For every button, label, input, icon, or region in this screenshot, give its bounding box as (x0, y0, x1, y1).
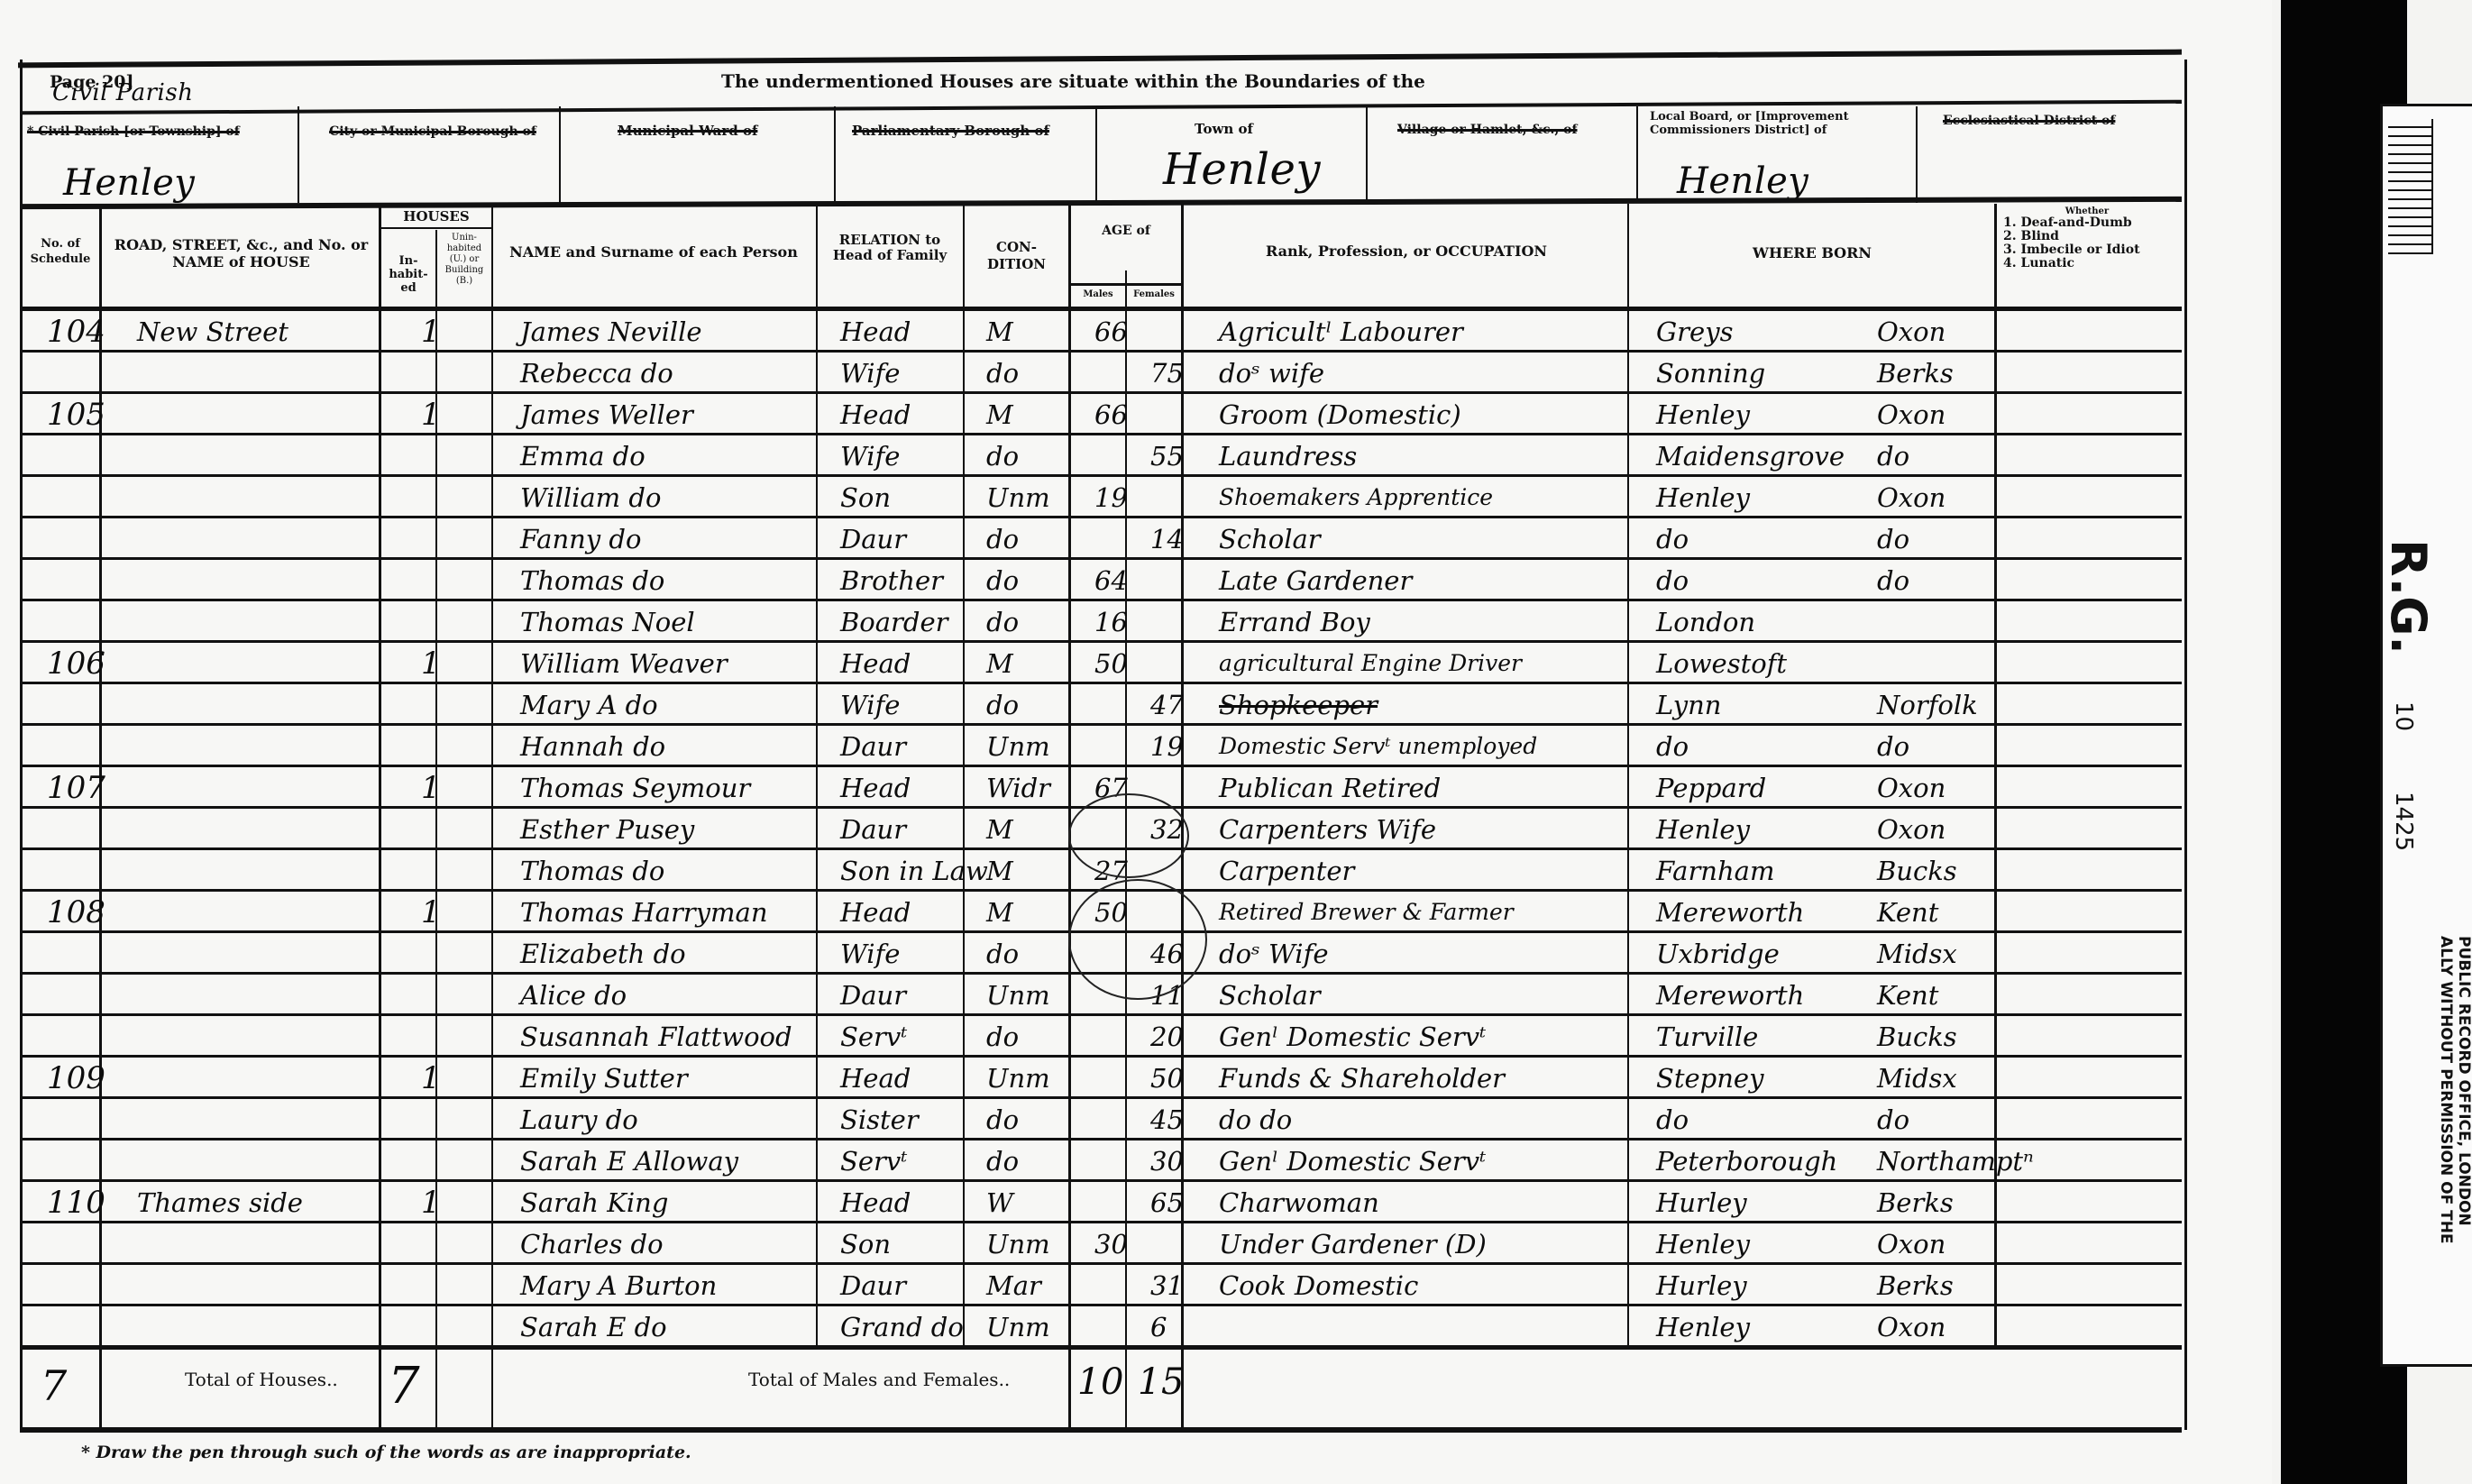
occupation: doˢ Wife (1219, 937, 1643, 971)
person-name: Elizabeth do (520, 937, 831, 971)
birth-county: do (1877, 522, 2012, 556)
occupation: Groom (Domestic) (1219, 398, 1643, 432)
person-name: Charles do (520, 1227, 831, 1261)
inhabited-count (421, 1227, 453, 1261)
table-row: Charles doSonUnm30Under Gardener (D)Henl… (20, 1223, 2182, 1264)
birthplace: Peterborough (1656, 1144, 1863, 1178)
birthplace: Sonning (1656, 356, 1863, 390)
person-name: Sarah King (520, 1186, 831, 1220)
female-age: 45 (1150, 1103, 1200, 1137)
birth-county: Kent (1877, 895, 2012, 930)
schedule-number (47, 812, 119, 847)
male-age: 30 (1094, 1227, 1144, 1261)
female-age (1150, 315, 1200, 349)
road-street (137, 522, 394, 556)
birth-county: do (1877, 439, 2012, 473)
inhabited-count: 1 (421, 398, 453, 432)
road-street (137, 356, 394, 390)
male-age (1094, 522, 1144, 556)
marital-condition: do (986, 688, 1085, 722)
birthplace: Henley (1656, 812, 1863, 847)
birth-county: Berks (1877, 1186, 2012, 1220)
person-name: Mary A Burton (520, 1269, 831, 1303)
inhabited-count (421, 1103, 453, 1137)
person-name: James Weller (520, 398, 831, 432)
road-street (137, 605, 394, 639)
relation-to-head: Daur (840, 812, 980, 847)
male-age (1094, 1061, 1144, 1095)
female-age: 47 (1150, 688, 1200, 722)
houses-total: 7 (388, 1357, 420, 1415)
road-street (137, 439, 394, 473)
males-total: 10 (1077, 1361, 1124, 1403)
relation-to-head: Head (840, 1061, 980, 1095)
inhabited-count (421, 522, 453, 556)
inhabited-count (421, 854, 453, 888)
road-street (137, 854, 394, 888)
table-row: Sarah E doGrand doUnm6HenleyOxon (20, 1306, 2182, 1347)
infirmity-4: 4. Lunatic (2003, 257, 2140, 270)
inhabited-count: 1 (421, 646, 453, 681)
marital-condition: Unm (986, 729, 1085, 764)
schedule-number: 105 (47, 398, 119, 432)
marital-condition: do (986, 1103, 1085, 1137)
persons-total-label: Total of Males and Females.. (748, 1369, 1010, 1390)
male-age: 66 (1094, 315, 1144, 349)
marital-condition: Widr (986, 771, 1085, 805)
marital-condition: M (986, 646, 1085, 681)
relation-to-head: Brother (840, 563, 980, 598)
road-street (137, 937, 394, 971)
female-age (1150, 646, 1200, 681)
female-age: 75 (1150, 356, 1200, 390)
relation-to-head: Head (840, 771, 980, 805)
occupation: Scholar (1219, 522, 1643, 556)
infirmity-2: 2. Blind (2003, 230, 2140, 243)
female-age (1150, 563, 1200, 598)
scale-ruler (2388, 119, 2433, 254)
birthplace: Henley (1656, 1227, 1863, 1261)
birth-county: Berks (1877, 1269, 2012, 1303)
table-row: Susannah FlattwoodServᵗdo20Genˡ Domestic… (20, 1016, 2182, 1057)
road-street (137, 398, 394, 432)
person-name: Thomas do (520, 563, 831, 598)
marital-condition: Unm (986, 1227, 1085, 1261)
person-name: Thomas Seymour (520, 771, 831, 805)
road-street (137, 1061, 394, 1095)
totals-rule (20, 1345, 2182, 1350)
inhabited-count (421, 812, 453, 847)
person-name: Esther Pusey (520, 812, 831, 847)
road-street (137, 481, 394, 515)
road-street (137, 1227, 394, 1261)
schedule-number (47, 729, 119, 764)
birth-county: Oxon (1877, 315, 2012, 349)
houses-total-label: Total of Houses.. (185, 1369, 338, 1390)
table-row: 104New Street1James NevilleHeadM66Agricu… (20, 311, 2182, 352)
male-age: 16 (1094, 605, 1144, 639)
birth-county: Bucks (1877, 1020, 2012, 1054)
person-name: Emma do (520, 439, 831, 473)
occupation: Scholar (1219, 978, 1643, 1012)
relation-to-head: Head (840, 315, 980, 349)
table-row: 1061William WeaverHeadM50agricultural En… (20, 643, 2182, 683)
male-age: 66 (1094, 398, 1144, 432)
relation-to-head: Wife (840, 439, 980, 473)
female-age: 65 (1150, 1186, 1200, 1220)
village-label: Village or Hamlet, &c., of (1397, 123, 1578, 137)
marital-condition: do (986, 605, 1085, 639)
road-street (137, 688, 394, 722)
female-age: 19 (1150, 729, 1200, 764)
birthplace: London (1656, 605, 1863, 639)
col-road: ROAD, STREET, &c., and No. or NAME of HO… (108, 236, 374, 270)
occupation (1219, 1310, 1643, 1344)
schedule-number (47, 356, 119, 390)
marital-condition: Unm (986, 1061, 1085, 1095)
table-row: Thomas NoelBoarderdo16Errand BoyLondon (20, 601, 2182, 642)
schedule-number (47, 1020, 119, 1054)
civil-parish-value: Henley (63, 162, 195, 204)
person-name: Susannah Flattwood (520, 1020, 831, 1054)
parliamentary-borough-label: Parliamentary Borough of (852, 123, 1049, 139)
birth-county: Norfolk (1877, 688, 2012, 722)
road-street (137, 1020, 394, 1054)
inhabited-count (421, 1310, 453, 1344)
birthplace: Turville (1656, 1020, 1863, 1054)
schedule-number: 110 (47, 1186, 119, 1220)
birth-county: Oxon (1877, 771, 2012, 805)
schedule-number (47, 854, 119, 888)
col-schedule: No. of Schedule (22, 236, 99, 267)
footnote: * Draw the pen through such of the words… (81, 1443, 691, 1462)
occupation: Funds & Shareholder (1219, 1061, 1643, 1095)
col-relation: RELATION to Head of Family (822, 233, 957, 263)
relation-to-head: Wife (840, 937, 980, 971)
birthplace: Peppard (1656, 771, 1863, 805)
marital-condition: do (986, 439, 1085, 473)
male-age (1094, 1310, 1144, 1344)
inhabited-count (421, 1144, 453, 1178)
schedule-number (47, 563, 119, 598)
schedule-number (47, 1310, 119, 1344)
inhabited-count (421, 729, 453, 764)
table-row: 1091Emily SutterHeadUnm50Funds & Shareho… (20, 1058, 2182, 1098)
occupation: do do (1219, 1103, 1643, 1137)
col-females: Females (1127, 287, 1181, 302)
occupation: Laundress (1219, 439, 1643, 473)
male-age (1094, 1144, 1144, 1178)
birth-county: Kent (1877, 978, 2012, 1012)
females-total: 15 (1138, 1361, 1185, 1403)
relation-to-head: Head (840, 1186, 980, 1220)
occupation: Retired Brewer & Farmer (1219, 895, 1643, 930)
road-street (137, 812, 394, 847)
infirmity-3: 3. Imbecile or Idiot (2003, 243, 2140, 257)
schedule-number (47, 481, 119, 515)
schedule-total: 7 (41, 1361, 68, 1410)
marital-condition: M (986, 854, 1085, 888)
civil-parish-label: * Civil Parish [or Township] of (27, 124, 240, 139)
person-name: Mary A do (520, 688, 831, 722)
col-condition: CON-DITION (969, 239, 1064, 273)
relation-to-head: Daur (840, 1269, 980, 1303)
birthplace: do (1656, 1103, 1863, 1137)
marital-condition: do (986, 1020, 1085, 1054)
person-name: Sarah E Alloway (520, 1144, 831, 1178)
piece-series: 10 (2390, 701, 2417, 731)
birthplace: do (1656, 729, 1863, 764)
schedule-number (47, 688, 119, 722)
marital-condition: W (986, 1186, 1085, 1220)
relation-to-head: Daur (840, 729, 980, 764)
table-row: Thomas doBrotherdo64Late Gardenerdodo (20, 560, 2182, 600)
relation-to-head: Head (840, 398, 980, 432)
table-row: Emma doWifedo55LaundressMaidensgrovedo (20, 435, 2182, 476)
infirmity-1: 1. Deaf-and-Dumb (2003, 216, 2140, 230)
schedule-number (47, 937, 119, 971)
birthplace: Henley (1656, 398, 1863, 432)
female-age (1150, 398, 1200, 432)
inhabited-count (421, 978, 453, 1012)
road-street: Thames side (137, 1186, 394, 1220)
male-age (1094, 439, 1144, 473)
birth-county: Oxon (1877, 1227, 2012, 1261)
relation-to-head: Son (840, 1227, 980, 1261)
inhabited-count (421, 688, 453, 722)
schedule-number (47, 1144, 119, 1178)
occupation: Genˡ Domestic Servᵗ (1219, 1020, 1643, 1054)
marital-condition: Unm (986, 481, 1085, 515)
ecclesiastical-label: Ecclesiastical District of (1943, 114, 2115, 128)
male-age (1094, 688, 1144, 722)
schedule-number (47, 1103, 119, 1137)
relation-to-head: Head (840, 646, 980, 681)
inhabited-count (421, 481, 453, 515)
birthplace: Lynn (1656, 688, 1863, 722)
marital-condition: Mar (986, 1269, 1085, 1303)
road-street (137, 978, 394, 1012)
road-street (137, 895, 394, 930)
occupation: doˢ wife (1219, 356, 1643, 390)
person-name: Laury do (520, 1103, 831, 1137)
birthplace: Henley (1656, 1310, 1863, 1344)
local-board-label: Local Board, or [Improvement Commissione… (1650, 110, 1911, 137)
birth-county: do (1877, 563, 2012, 598)
col-inhabited: In-habit-ed (382, 254, 435, 295)
table-row: Rebecca doWifedo75doˢ wifeSonningBerks (20, 353, 2182, 393)
person-name: Thomas do (520, 854, 831, 888)
road-street (137, 729, 394, 764)
person-name: Sarah E do (520, 1310, 831, 1344)
table-row: Hannah doDaurUnm19Domestic Servᵗ unemplo… (20, 726, 2182, 766)
inhabited-count (421, 937, 453, 971)
relation-to-head: Servᵗ (840, 1020, 980, 1054)
notice-line-2: PUBLIC RECORD OFFICE, LONDON (2455, 936, 2472, 1226)
relation-to-head: Sister (840, 1103, 980, 1137)
road-street (137, 1269, 394, 1303)
birthplace: Mereworth (1656, 895, 1863, 930)
relation-to-head: Son in Law (840, 854, 980, 888)
occupation: Late Gardener (1219, 563, 1643, 598)
check-circle-mark-2 (1068, 879, 1207, 1000)
census-page: Page 20] The undermentioned Houses are s… (0, 0, 2272, 1484)
table-row: Mary A BurtonDaurMar31Cook DomesticHurle… (20, 1265, 2182, 1305)
female-age: 30 (1150, 1144, 1200, 1178)
schedule-number: 109 (47, 1061, 119, 1095)
person-name: Alice do (520, 978, 831, 1012)
male-age (1094, 729, 1144, 764)
birth-county: Bucks (1877, 854, 2012, 888)
schedule-number: 108 (47, 895, 119, 930)
schedule-number: 107 (47, 771, 119, 805)
col-males: Males (1071, 287, 1125, 302)
road-street (137, 563, 394, 598)
birthplace: Uxbridge (1656, 937, 1863, 971)
inhabited-count (421, 1269, 453, 1303)
bottom-rule (20, 1427, 2182, 1433)
inhabited-count (421, 605, 453, 639)
inhabited-count (421, 356, 453, 390)
col-where-born: WHERE BORN (1632, 245, 1992, 261)
table-row: 110Thames side1Sarah KingHeadW65Charwoma… (20, 1182, 2182, 1223)
birth-county: do (1877, 1103, 2012, 1137)
female-age: 31 (1150, 1269, 1200, 1303)
person-name: William do (520, 481, 831, 515)
occupation: Carpenters Wife (1219, 812, 1643, 847)
occupation: Genˡ Domestic Servᵗ (1219, 1144, 1643, 1178)
inhabited-count (421, 439, 453, 473)
birth-county: Northamptⁿ (1877, 1144, 2012, 1178)
birth-county (1877, 605, 2012, 639)
relation-to-head: Daur (840, 522, 980, 556)
female-age: 50 (1150, 1061, 1200, 1095)
road-street: New Street (137, 315, 394, 349)
occupation: Shoemakers Apprentice (1219, 481, 1643, 515)
marital-condition: do (986, 522, 1085, 556)
notice-line-1: ALLY WITHOUT PERMISSION OF THE (2437, 936, 2455, 1244)
schedule-number (47, 978, 119, 1012)
road-street (137, 1144, 394, 1178)
person-name: Hannah do (520, 729, 831, 764)
male-age: 19 (1094, 481, 1144, 515)
occupation: Charwoman (1219, 1186, 1643, 1220)
schedule-number (47, 522, 119, 556)
occupation: agricultural Engine Driver (1219, 646, 1643, 681)
occupation: Under Gardener (D) (1219, 1227, 1643, 1261)
ref-prefix: R.G. (2380, 539, 2437, 655)
male-age (1094, 1269, 1144, 1303)
male-age (1094, 356, 1144, 390)
municipal-ward-label: Municipal Ward of (618, 123, 757, 139)
person-name: Thomas Harryman (520, 895, 831, 930)
schedule-number (47, 1269, 119, 1303)
birthplace: Hurley (1656, 1186, 1863, 1220)
road-street (137, 1310, 394, 1344)
table-row: Mary A doWifedo47ShopkeeperLynnNorfolk (20, 684, 2182, 725)
occupation: Errand Boy (1219, 605, 1643, 639)
birthplace: Maidensgrove (1656, 439, 1863, 473)
col-age: AGE of (1073, 224, 1179, 239)
birth-county: Oxon (1877, 398, 2012, 432)
road-street (137, 771, 394, 805)
marital-condition: M (986, 398, 1085, 432)
check-circle-mark (1068, 793, 1189, 878)
person-name: Emily Sutter (520, 1061, 831, 1095)
birth-county: Midsx (1877, 1061, 2012, 1095)
relation-to-head: Servᵗ (840, 1144, 980, 1178)
table-row: Fanny doDaurdo14Scholardodo (20, 518, 2182, 559)
birth-county: Midsx (1877, 937, 2012, 971)
birthplace: Farnham (1656, 854, 1863, 888)
page-banner: The undermentioned Houses are situate wi… (721, 70, 1425, 92)
occupation: Domestic Servᵗ unemployed (1219, 729, 1643, 764)
person-name: William Weaver (520, 646, 831, 681)
relation-to-head: Boarder (840, 605, 980, 639)
town-label: Town of (1195, 121, 1253, 137)
relation-to-head: Wife (840, 356, 980, 390)
birthplace: Stepney (1656, 1061, 1863, 1095)
marital-condition: Unm (986, 1310, 1085, 1344)
male-age (1094, 1020, 1144, 1054)
schedule-number: 104 (47, 315, 119, 349)
col-houses: HOUSES (383, 209, 490, 224)
birth-county: Oxon (1877, 812, 2012, 847)
birth-county: Oxon (1877, 1310, 2012, 1344)
marital-condition: do (986, 1144, 1085, 1178)
birth-county: do (1877, 729, 2012, 764)
occupation: Carpenter (1219, 854, 1643, 888)
inhabited-count: 1 (421, 1186, 453, 1220)
schedule-number (47, 439, 119, 473)
col-uninhabited: Unin-habited (U.) or Building (B.) (438, 233, 490, 287)
birth-county (1877, 646, 2012, 681)
relation-to-head: Wife (840, 688, 980, 722)
male-age: 64 (1094, 563, 1144, 598)
occupation: Agricultˡ Labourer (1219, 315, 1643, 349)
table-row: 1051James WellerHeadM66Groom (Domestic)H… (20, 394, 2182, 435)
inhabited-count (421, 563, 453, 598)
person-name: Rebecca do (520, 356, 831, 390)
relation-to-head: Grand do (840, 1310, 980, 1344)
relation-to-head: Son (840, 481, 980, 515)
civil-parish-annotation: Civil Parish (52, 79, 193, 106)
female-age: 20 (1150, 1020, 1200, 1054)
inhabited-count: 1 (421, 315, 453, 349)
male-age: 50 (1094, 646, 1144, 681)
birthplace: do (1656, 563, 1863, 598)
birth-county: Oxon (1877, 481, 2012, 515)
marital-condition: do (986, 563, 1085, 598)
birth-county: Berks (1877, 356, 2012, 390)
piece-number: 1425 (2390, 792, 2417, 851)
inhabited-count: 1 (421, 1061, 453, 1095)
local-board-value: Henley (1677, 160, 1808, 202)
male-age (1094, 1103, 1144, 1137)
birthplace: Hurley (1656, 1269, 1863, 1303)
birthplace: Lowestoft (1656, 646, 1863, 681)
female-age (1150, 481, 1200, 515)
municipal-borough-label: City or Municipal Borough of (311, 124, 554, 139)
col-infirmity-list: 1. Deaf-and-Dumb 2. Blind 3. Imbecile or… (2003, 216, 2140, 270)
town-value: Henley (1163, 144, 1321, 195)
marital-condition: M (986, 315, 1085, 349)
female-age (1150, 1227, 1200, 1261)
relation-to-head: Daur (840, 978, 980, 1012)
col-occupation: Rank, Profession, or OCCUPATION (1190, 243, 1623, 259)
table-row: William doSonUnm19Shoemakers ApprenticeH… (20, 477, 2182, 518)
relation-to-head: Head (840, 895, 980, 930)
